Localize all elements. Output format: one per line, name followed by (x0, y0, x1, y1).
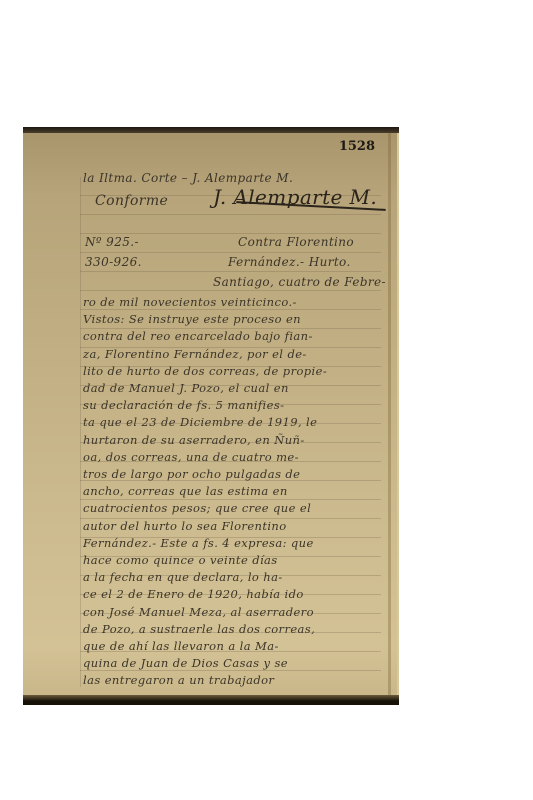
text-line: las entregaron a un trabajador (83, 673, 274, 687)
page-fold-shadow (388, 133, 391, 695)
margin-note-number: Nº 925.- (85, 235, 139, 249)
text-line: con José Manuel Meza, al aserradero (83, 605, 314, 619)
page-number: 1528 (339, 139, 375, 154)
text-line: Fernández.- Este a fs. 4 expresa: que (83, 536, 314, 550)
text-line: ro de mil novecientos veinticinco.- (83, 295, 297, 309)
text-line: lito de hurto de dos correas, de propie- (83, 364, 327, 378)
text-line: su declaración de fs. 5 manifies- (83, 398, 284, 412)
text-line: Fernández.- Hurto. (228, 255, 351, 269)
text-line: de Pozo, a sustraerle las dos correas, (83, 622, 315, 636)
text-line: Santiago, cuatro de Febre- (213, 275, 386, 289)
text-line: ta que el 23 de Diciembre de 1919, le (83, 415, 317, 429)
ledger-page: 1528 la Iltma. Corte – J. Alemparte M. C… (23, 127, 399, 705)
text-line: za, Florentino Fernández, por el de- (83, 347, 307, 361)
text-line: cuatrocientos pesos; que cree que el (83, 501, 311, 515)
text-line: contra del reo encarcelado bajo fian- (83, 329, 313, 343)
page-right-edge (397, 133, 399, 695)
text-line: hace como quince o veinte días (83, 553, 278, 567)
text-line: quina de Juan de Dios Casas y se (83, 656, 288, 670)
text-line: oa, dos correas, una de cuatro me- (83, 450, 299, 464)
text-line: tros de largo por ocho pulgadas de (83, 467, 300, 481)
page-top-edge (23, 127, 399, 133)
text-line: a la fecha en que declara, lo ha- (83, 570, 283, 584)
conforme-text: Conforme (95, 193, 168, 209)
text-line: ce el 2 de Enero de 1920, había ido (83, 587, 304, 601)
text-line: que de ahí las llevaron a la Ma- (83, 639, 279, 653)
margin-note-reference: 330-926. (85, 255, 142, 269)
text-line: dad de Manuel J. Pozo, el cual en (83, 381, 289, 395)
header-line: la Iltma. Corte – J. Alemparte M. (83, 171, 293, 185)
text-line: Contra Florentino (238, 235, 354, 249)
text-line: Vistos: Se instruye este proceso en (83, 312, 301, 326)
text-line: hurtaron de su aserradero, en Ñuñ- (83, 433, 305, 447)
page-bottom-edge (23, 695, 399, 705)
text-line: ancho, correas que las estima en (83, 484, 288, 498)
text-line: autor del hurto lo sea Florentino (83, 519, 287, 533)
